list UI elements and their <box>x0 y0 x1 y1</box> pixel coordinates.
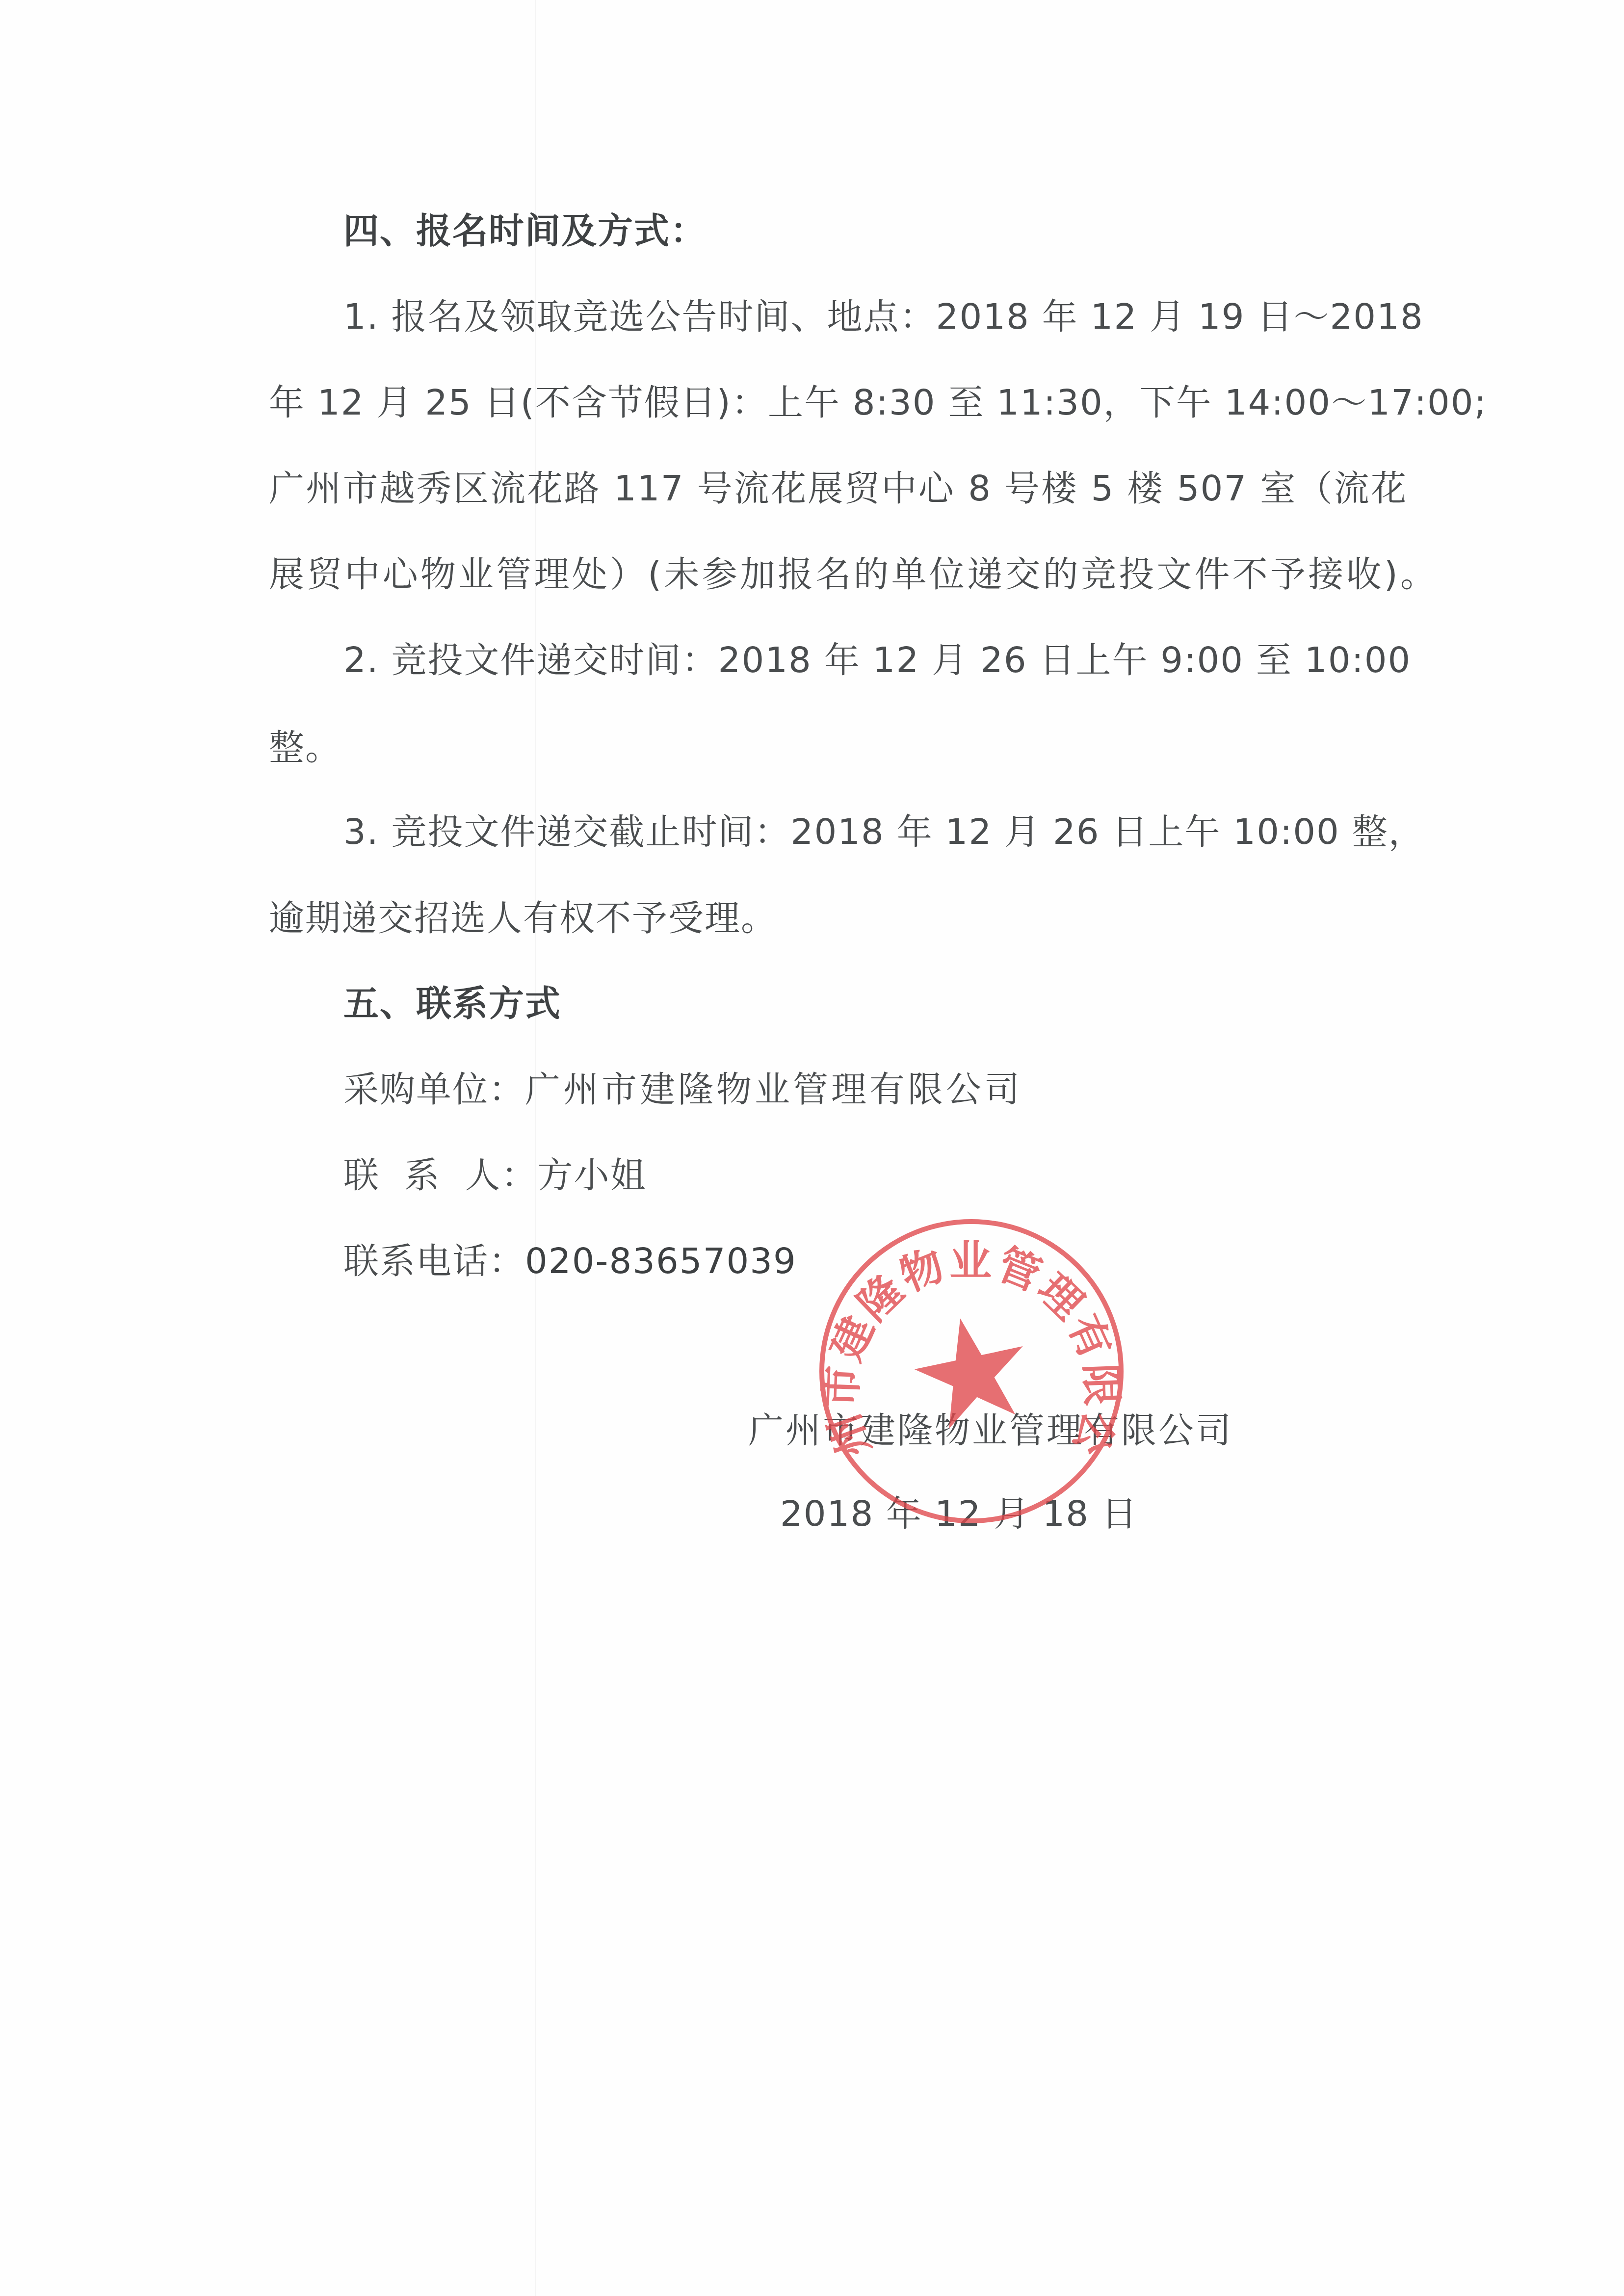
item-3-line-2: 逾期递交招选人有权不予受理。 <box>269 896 777 940</box>
phone-value: 020-83657039 <box>525 1240 797 1281</box>
contact-label: 联 系 人： <box>343 1154 538 1196</box>
item-1-line-4: 展贸中心物业管理处）(未参加报名的单位递交的竞投文件不予接收)。 <box>269 552 1437 596</box>
contact-value: 方小姐 <box>538 1154 647 1196</box>
company-seal: 广州市建隆物业管理有限公司 <box>812 1212 1131 1531</box>
item-2-line-1: 2. 竞投文件递交时间：2018 年 12 月 26 日上午 9:00 至 10… <box>343 638 1408 682</box>
item-2-line-2: 整。 <box>269 725 341 769</box>
item-1-line-1: 1. 报名及领取竞选公告时间、地点：2018 年 12 月 19 日～2018 <box>343 294 1408 339</box>
section-5-heading: 五、联系方式 <box>343 981 561 1025</box>
signature-date: 2018 年 12 月 18 日 <box>780 1491 1138 1536</box>
contact-row: 联 系 人：方小姐 <box>343 1153 647 1197</box>
document-page: 四、报名时间及方式： 1. 报名及领取竞选公告时间、地点：2018 年 12 月… <box>0 0 1624 2296</box>
purchaser-label: 采购单位： <box>343 1069 525 1110</box>
purchaser-row: 采购单位：广州市建隆物业管理有限公司 <box>343 1067 1022 1111</box>
signature-company: 广州市建隆物业管理有限公司 <box>748 1408 1233 1452</box>
phone-row: 联系电话：020-83657039 <box>343 1239 797 1283</box>
scan-artifact <box>535 0 536 2296</box>
phone-label: 联系电话： <box>343 1240 525 1281</box>
item-1-line-2: 年 12 月 25 日(不含节假日)：上午 8:30 至 11:30，下午 14… <box>269 380 1407 424</box>
item-1-line-3: 广州市越秀区流花路 117 号流花展贸中心 8 号楼 5 楼 507 室（流花 <box>269 466 1407 510</box>
section-4-heading: 四、报名时间及方式： <box>343 209 707 253</box>
item-3-line-1: 3. 竞投文件递交截止时间：2018 年 12 月 26 日上午 10:00 整… <box>343 809 1388 854</box>
purchaser-value: 广州市建隆物业管理有限公司 <box>525 1069 1022 1110</box>
